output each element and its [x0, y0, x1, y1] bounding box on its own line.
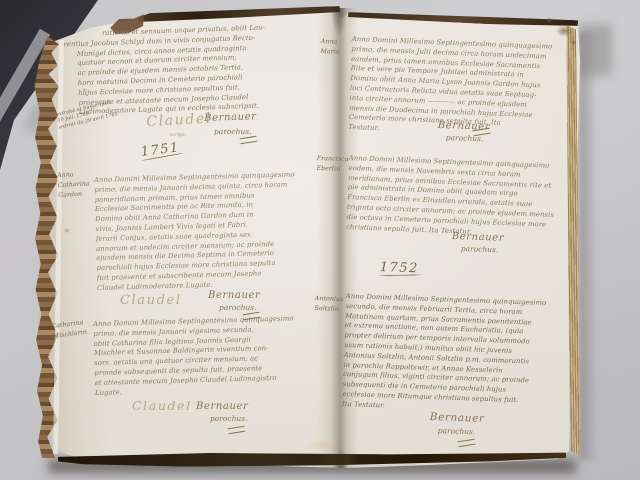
burial-entry-body: Anno Domini Millesimo Septingentesimo qu…: [346, 154, 556, 240]
right-page: AnnaMaria Anno Domini Millesimo Septinge…: [0, 0, 640, 480]
photograph-of-register: extrahé et Susscripsit10 juil. 1763extra…: [0, 0, 640, 480]
burial-entry-body: Anno Domini Millesimo Septingentesimo qu…: [342, 292, 547, 416]
handwritten-line: Eberlin: [316, 164, 348, 175]
year-heading-1752: 1752: [379, 260, 419, 277]
handwritten-line: Anna: [321, 37, 340, 47]
signature-bernauer: Bernauer: [430, 411, 485, 425]
handwritten-line: Maria: [320, 47, 339, 57]
signature-parochus: parochus.: [461, 244, 499, 254]
signature-flourish: [458, 439, 476, 448]
margin-name: AntoniusSoltzlin: [314, 294, 343, 315]
margin-name: AnnaMaria: [320, 37, 340, 57]
handwritten-line: Soltzlin: [314, 304, 343, 315]
signature-bernauer: Bernauer: [452, 231, 505, 244]
signature-parochus: parochus.: [438, 426, 476, 436]
margin-name: FranciscaEberlin: [316, 154, 348, 175]
